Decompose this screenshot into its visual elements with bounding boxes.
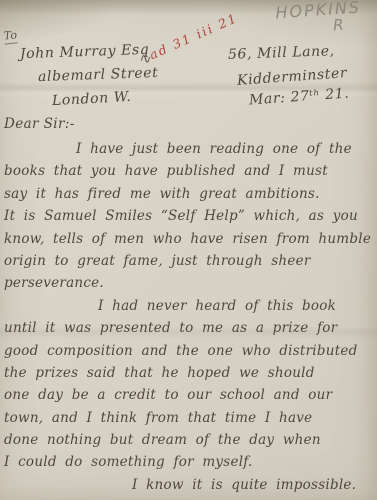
letter-body: Dear Sir:- I have just been reading one … bbox=[4, 116, 375, 496]
body-line: town, and I think from that time I have bbox=[4, 407, 375, 429]
red-reply-annotation: ad 31 iii 21 bbox=[147, 10, 240, 62]
body-line: books that you have published and I must bbox=[4, 160, 375, 182]
recipient-name: John Murray Esq bbox=[20, 42, 150, 63]
body-line: I could do something for myself. bbox=[4, 451, 375, 473]
pencil-owner-name-line1: HOPKINS bbox=[275, 0, 362, 22]
recipient-city: London W. bbox=[52, 89, 132, 109]
to-marker: To bbox=[3, 28, 18, 44]
body-line: origin to great fame, just through sheer bbox=[4, 250, 375, 272]
body-line: I have just been reading one of the bbox=[76, 138, 375, 160]
body-line: I had never heard of this book bbox=[98, 295, 375, 317]
body-line: until it was presented to me as a prize … bbox=[4, 317, 375, 339]
body-line: the prizes said that he hoped we should bbox=[4, 362, 375, 384]
body-line: It is Samuel Smiles “Self Help” which, a… bbox=[4, 205, 375, 227]
pencil-owner-name: HOPKINS R bbox=[275, 0, 372, 37]
letter-date: Mar: 27ᵗʰ 21. bbox=[249, 86, 350, 109]
body-line: say it has fired me with great ambitions… bbox=[4, 183, 375, 205]
body-line: done nothing but dream of the day when bbox=[4, 429, 375, 451]
body-line: good composition and the one who distrib… bbox=[4, 340, 375, 362]
body-line: I know it is quite impossible. bbox=[132, 474, 375, 496]
sender-town: Kidderminster bbox=[237, 65, 348, 89]
letter-scan: HOPKINS R To John Murray Esq albemarl St… bbox=[0, 0, 377, 500]
salutation: Dear Sir:- bbox=[4, 116, 375, 138]
body-line: perseverance. bbox=[4, 272, 375, 294]
sender-address: 56, Mill Lane, bbox=[228, 43, 335, 63]
body-line: one day be a credit to our school and ou… bbox=[4, 384, 375, 406]
body-line: know, tells of men who have risen from h… bbox=[4, 228, 375, 250]
